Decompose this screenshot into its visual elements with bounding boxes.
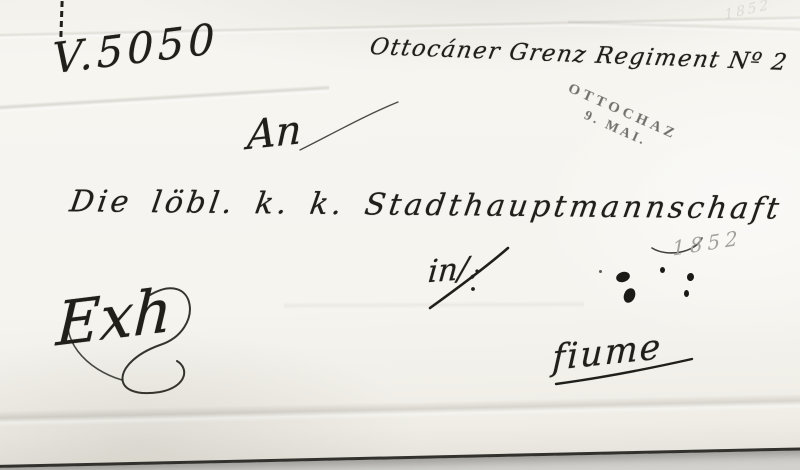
ink-blot: [599, 270, 602, 273]
addressee-line: Die löbl. k. k. Stadthauptmannschaft: [67, 184, 784, 226]
paper-crease: [0, 393, 800, 427]
salutation-an: An: [246, 107, 302, 159]
paper-crease: [568, 20, 800, 36]
paper-crease: [284, 301, 584, 309]
ink-blot: [684, 290, 689, 297]
location-abbreviation: in/.: [427, 250, 480, 291]
clerk-paraph: Exh: [55, 275, 174, 360]
envelope-scan: V.5050 Ottocáner Grenz Regiment Nº 2 OTT…: [0, 0, 800, 470]
ink-blot: [660, 267, 665, 273]
